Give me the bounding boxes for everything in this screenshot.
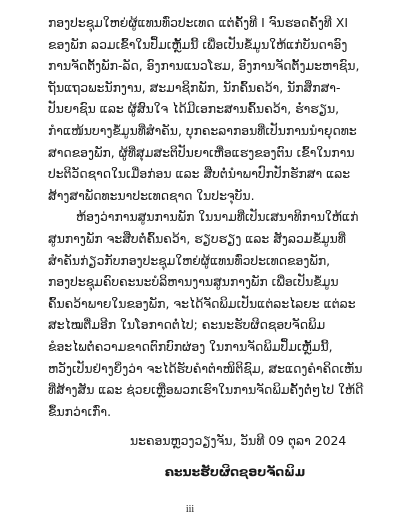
preface-body: ກອງປະຊຸມໃຫຍ່ຜູ້ແທນທົ່ວປະເທດ ແຕ່ຄັ້ງທີ I … <box>48 12 328 422</box>
paragraph-2-line-4: ກອງປະຊຸມຄົບຄະນະບໍລິຫານງານສູນກາງພັກ ເພື່ອ… <box>48 271 328 293</box>
paragraph-1-line-9: ສ້າງສາພັດທະນາປະເທດຊາດ ໃນປະຈຸບັນ. <box>48 185 328 207</box>
signature-organization: ຄະນະຮັບຜິດຊອບຈັດພິມ <box>150 462 320 482</box>
paragraph-2-line-8: ຫວັງເປັນຢ່າງຍິ່ງວ່າ ຈະໄດ້ຮັບຄຳຕຳໜິຕິຊົມ,… <box>48 358 328 380</box>
paragraph-1-line-8: ປະຕິວັດຊາດໃນເມື່ອກ່ອນ ແລະ ສືບຕໍ່ນຳພາປົກປ… <box>48 163 328 185</box>
paragraph-2-line-1: ຫ້ອງວ່າການສູນການພັກ ໃນນາມທີ່ເປັນເສນາທິກາ… <box>48 206 328 228</box>
paragraph-2-line-2: ສູນກາງພັກ ຈະສືບຕໍ່ຄົ້ນຄວ້າ, ຮຽບຮຽງ ແລະ ສ… <box>48 228 328 250</box>
paragraph-2-line-10: ຂຶ້ນກວ່າເກົ່າ. <box>48 401 328 423</box>
paragraph-1-line-5: ປັນຍາຊົນ ແລະ ຜູ້ສົນໃຈ ໄດ້ມີເອກະສານຄົ້ນຄວ… <box>48 98 328 120</box>
paragraph-1-line-2: ຂອງພັກ ລວມເຂົ້າໃນປຶ້ມເຫຼັ້ມນີ້ ເພື່ອເປັນ… <box>48 34 328 56</box>
signature-place-date: ນະຄອນຫຼວງວຽງຈັນ, ວັນທີ 09 ຕຸລາ 2024 <box>130 431 330 451</box>
paragraph-1-line-7: ສາດຂອງພັກ, ຜູ້ທີ່ສຸມສະຕິປັນຍາເຫື່ອແຮງຂອງ… <box>48 142 328 164</box>
document-page: ກອງປະຊຸມໃຫຍ່ຜູ້ແທນທົ່ວປະເທດ ແຕ່ຄັ້ງທີ I … <box>0 0 400 516</box>
page-number: iii <box>170 504 210 516</box>
paragraph-1-line-6: ກຳແໜ້ນບາງຂໍ້ມູນທີ່ສຳຄັນ, ບຸກຄະລາກອນທີ່ເປ… <box>48 120 328 142</box>
paragraph-1-line-3: ການຈັດຕັ້ງພັກ-ລັດ, ອົງການແນວໂຮມ, ອົງການຈ… <box>48 55 328 77</box>
paragraph-1-line-4: ຖັນແຖວພະນັກງານ, ສະມາຊິກພັກ, ນັກຄົ້ນຄວ້າ,… <box>48 77 328 99</box>
paragraph-1-line-1: ກອງປະຊຸມໃຫຍ່ຜູ້ແທນທົ່ວປະເທດ ແຕ່ຄັ້ງທີ I … <box>48 12 328 34</box>
paragraph-2-line-7: ຂໍອະໄພຕໍ່ຄວາມຂາດຕົກບົກຜ່ອງ ໃນການຈັດພິມປຶ… <box>48 336 328 358</box>
paragraph-2-line-9: ທີ່ສ້າງສັນ ແລະ ຊ່ວຍເຫຼືອພວກເຮົາໃນການຈັດພ… <box>48 379 328 401</box>
paragraph-2-line-6: ສະໄໝຕື່ມອີກ ໃນໂອກາດຕໍ່ໄປ; ຄະນະຮັບຜິດຊອບຈ… <box>48 314 328 336</box>
paragraph-2-line-5: ຄົ້ນຄວ້າພາຍໃນຂອງພັກ, ຈະໄດ້ຈັດພິມເປັນແຕ່ລ… <box>48 293 328 315</box>
paragraph-2-line-3: ສຳຄັນກ່ຽວກັບກອງປະຊຸມໃຫຍ່ຜູ້ແທນທົ່ວປະເທດຂ… <box>48 250 328 272</box>
